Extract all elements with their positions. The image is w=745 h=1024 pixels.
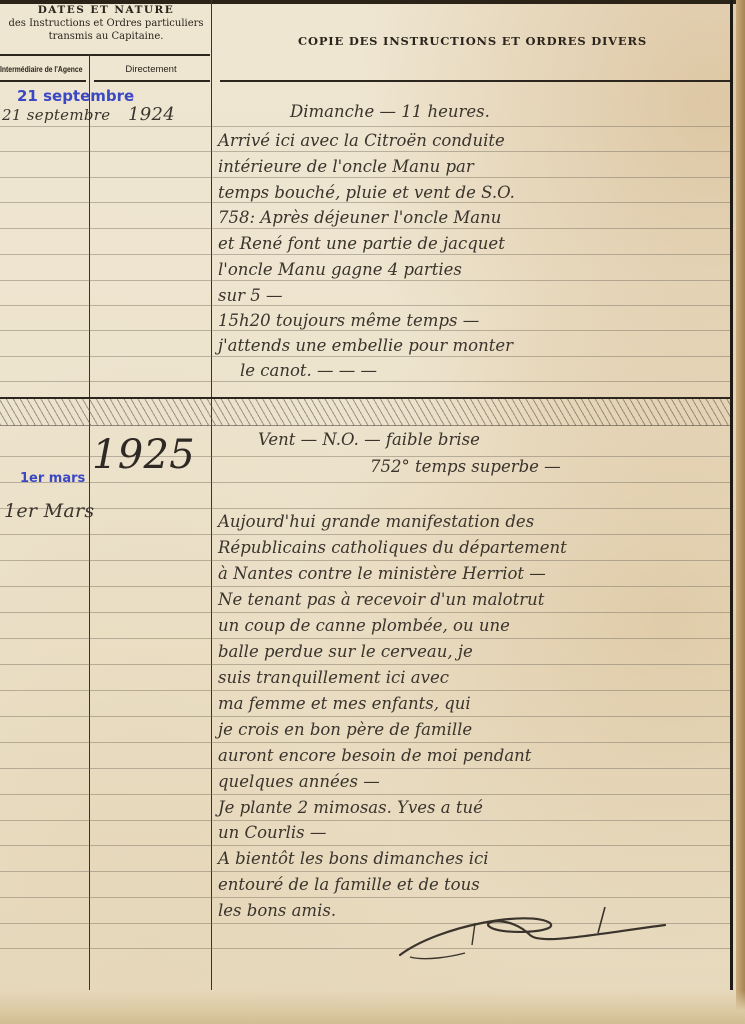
page-right-border	[730, 0, 733, 990]
entry1-line: Arrivé ici avec la Citroën conduite	[218, 131, 505, 150]
header-dates-et-nature: DATES ET NATURE des Instructions et Ordr…	[0, 4, 212, 43]
entry1-line: et René font une partie de jacquet	[218, 234, 505, 253]
entry2-year-col2: 1925	[92, 432, 195, 478]
entry2-weather-line: Vent — N.O. — faible brise	[258, 430, 480, 449]
entry1-line: 15h20 toujours même temps —	[218, 311, 479, 330]
subheader-rule-col1	[0, 80, 86, 82]
entry2-line: je crois en bon père de famille	[218, 720, 472, 739]
entry2-line: auront encore besoin de moi pendant	[218, 746, 531, 765]
entry2-line: quelques années —	[218, 772, 380, 791]
entry1-line: intérieure de l'oncle Manu par	[218, 157, 474, 176]
entry1-date-col1: 21 septembre	[2, 106, 110, 124]
entry2-date-col1: 1er Mars	[4, 500, 94, 522]
hatched-separator-band	[0, 399, 730, 426]
page-binding-edge	[736, 0, 745, 1024]
entry1-line: Dimanche — 11 heures.	[290, 102, 490, 121]
header-copie-des-instructions: COPIE DES INSTRUCTIONS ET ORDRES DIVERS	[215, 34, 730, 48]
page-bottom-margin	[0, 990, 745, 1024]
annotation-date-21-septembre: 21 septembre	[17, 87, 134, 105]
entry2-line: Je plante 2 mimosas. Yves a tué	[218, 798, 483, 817]
signature-flourish: René	[380, 905, 670, 965]
header-rule-left	[0, 54, 210, 56]
entry2-line: les bons amis.	[218, 901, 336, 920]
header-left-title: DATES ET NATURE	[0, 4, 212, 17]
header-left-line2: des Instructions et Ordres particuliers	[0, 17, 212, 30]
entry1-line: 758: Après déjeuner l'oncle Manu	[218, 208, 501, 227]
entry1-line: sur 5 —	[218, 286, 282, 305]
annotation-date-1er-mars: 1er mars	[20, 471, 85, 486]
header-left-line3: transmis au Capitaine.	[0, 30, 212, 43]
entry1-line: le canot. — — —	[240, 361, 377, 380]
entry2-line: un coup de canne plombée, ou une	[218, 616, 510, 635]
column-header-directement: Directement	[92, 64, 210, 75]
entry2-line: balle perdue sur le cerveau, je	[218, 642, 473, 661]
entry1-line: j'attends une embellie pour monter	[218, 336, 513, 355]
column-divider-2	[211, 0, 212, 990]
entry2-weather-line: 752° temps superbe —	[370, 457, 561, 476]
entry1-line: l'oncle Manu gagne 4 parties	[218, 260, 462, 279]
column-divider-1	[89, 54, 90, 990]
entry2-line: Républicains catholiques du département	[218, 538, 567, 557]
entry1-line: temps bouché, pluie et vent de S.O.	[218, 183, 515, 202]
entry2-line: Ne tenant pas à recevoir d'un malotrut	[218, 590, 544, 609]
entry2-line: ma femme et mes enfants, qui	[218, 694, 471, 713]
entry2-line: à Nantes contre le ministère Herriot —	[218, 564, 546, 583]
subheader-rule-col2	[94, 80, 210, 82]
column-header-intermediaire: Intermédiaire de l'Agence	[0, 64, 70, 74]
entry2-line: un Courlis —	[218, 823, 326, 842]
ledger-page: DATES ET NATURE des Instructions et Ordr…	[0, 0, 745, 1024]
entry1-year-col2: 1924	[128, 104, 175, 125]
header-rule-right	[220, 80, 730, 82]
entry2-line: suis tranquillement ici avec	[218, 668, 449, 687]
entry2-line: A bientôt les bons dimanches ici	[218, 849, 489, 868]
entry2-line: entouré de la famille et de tous	[218, 875, 480, 894]
entry2-line: Aujourd'hui grande manifestation des	[218, 512, 534, 531]
